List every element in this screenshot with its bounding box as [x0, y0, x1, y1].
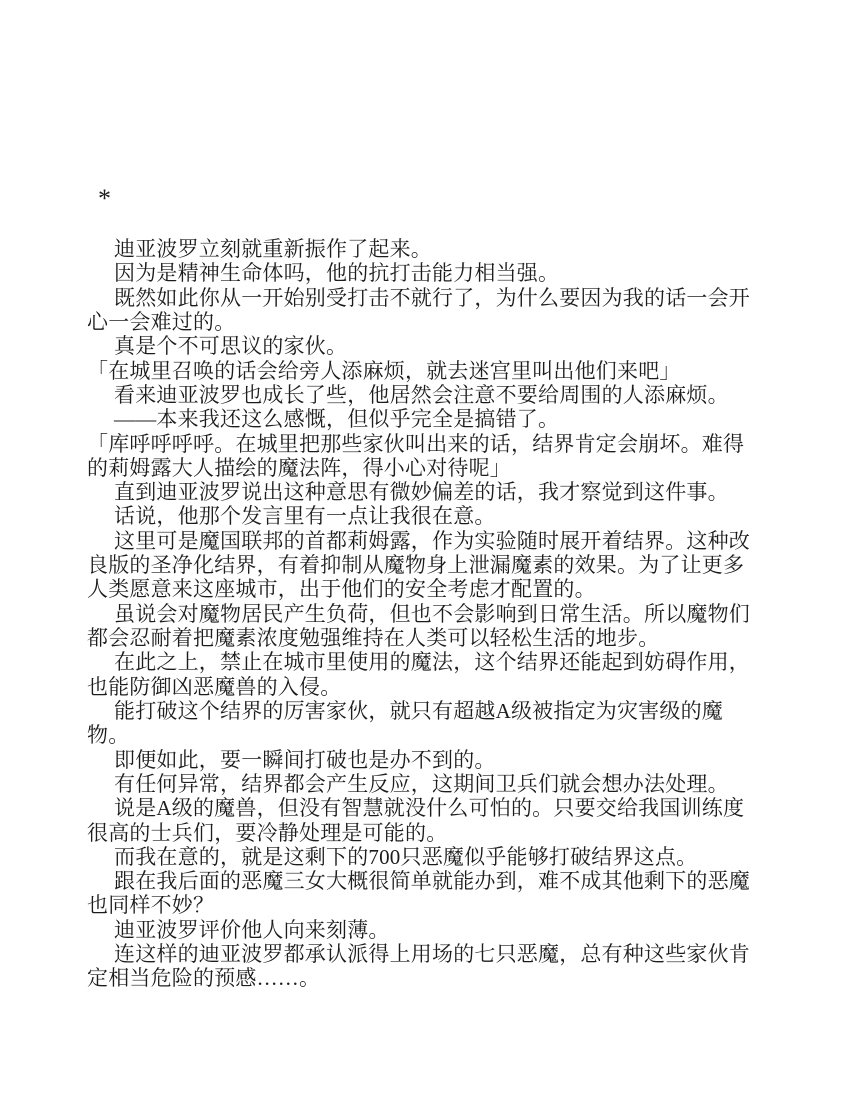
text-line: 也同样不妙？ — [87, 893, 767, 917]
text-line: 良版的圣净化结界，有着抑制从魔物身上泄漏魔素的效果。为了让更多 — [87, 553, 767, 577]
text-line: 连这样的迪亚波罗都承认派得上用场的七只恶魔，总有种这些家伙肯 — [87, 942, 767, 966]
text-line: 有任何异常，结界都会产生反应，这期间卫兵们就会想办法处理。 — [87, 772, 767, 796]
text-line: 跟在我后面的恶魔三女大概很简单就能办到，难不成其他剩下的恶魔 — [87, 869, 767, 893]
document-page: * 迪亚波罗立刻就重新振作了起来。因为是精神生命体吗，他的抗打击能力相当强。既然… — [0, 0, 850, 1100]
text-line: 「在城里召唤的话会给旁人添麻烦，就去迷宫里叫出他们来吧」 — [87, 359, 767, 383]
text-line: 虽说会对魔物居民产生负荷，但也不会影响到日常生活。所以魔物们 — [87, 602, 767, 626]
text-line: 真是个不可思议的家伙。 — [87, 334, 767, 358]
text-line: 这里可是魔国联邦的首都莉姆露，作为实验随时展开着结界。这种改 — [87, 529, 767, 553]
text-line: 定相当危险的预感……。 — [87, 966, 767, 990]
text-line: 迪亚波罗立刻就重新振作了起来。 — [87, 237, 767, 261]
text-line: 人类愿意来这座城市，出于他们的安全考虑才配置的。 — [87, 577, 767, 601]
text-line: 看来迪亚波罗也成长了些，他居然会注意不要给周围的人添麻烦。 — [87, 383, 767, 407]
text-line: 因为是精神生命体吗，他的抗打击能力相当强。 — [87, 261, 767, 285]
text-line: 物。 — [87, 723, 767, 747]
text-line: 直到迪亚波罗说出这种意思有微妙偏差的话，我才察觉到这件事。 — [87, 480, 767, 504]
text-line: 而我在意的，就是这剩下的700只恶魔似乎能够打破结界这点。 — [87, 845, 767, 869]
text-line: 能打破这个结界的厉害家伙，就只有超越A级被指定为灾害级的魔 — [87, 699, 767, 723]
text-line: 迪亚波罗评价他人向来刻薄。 — [87, 918, 767, 942]
text-line: 都会忍耐着把魔素浓度勉强维持在人类可以轻松生活的地步。 — [87, 626, 767, 650]
text-line: 也能防御凶恶魔兽的入侵。 — [87, 675, 767, 699]
text-line: 的莉姆露大人描绘的魔法阵，得小心对待呢」 — [87, 456, 767, 480]
text-line: 既然如此你从一开始别受打击不就行了，为什么要因为我的话一会开 — [87, 286, 767, 310]
text-line: 「库呼呼呼呼。在城里把那些家伙叫出来的话，结界肯定会崩坏。难得 — [87, 432, 767, 456]
body-text-block: 迪亚波罗立刻就重新振作了起来。因为是精神生命体吗，他的抗打击能力相当强。既然如此… — [87, 237, 767, 991]
text-line: 心一会难过的。 — [87, 310, 767, 334]
section-separator-asterisk: * — [98, 186, 111, 212]
text-line: 即便如此，要一瞬间打破也是办不到的。 — [87, 748, 767, 772]
text-line: 说是A级的魔兽，但没有智慧就没什么可怕的。只要交给我国训练度 — [87, 796, 767, 820]
text-line: ——本来我还这么感慨，但似乎完全是搞错了。 — [87, 407, 767, 431]
text-line: 很高的士兵们，要冷静处理是可能的。 — [87, 821, 767, 845]
text-line: 在此之上，禁止在城市里使用的魔法，这个结界还能起到妨碍作用， — [87, 650, 767, 674]
text-line: 话说，他那个发言里有一点让我很在意。 — [87, 504, 767, 528]
